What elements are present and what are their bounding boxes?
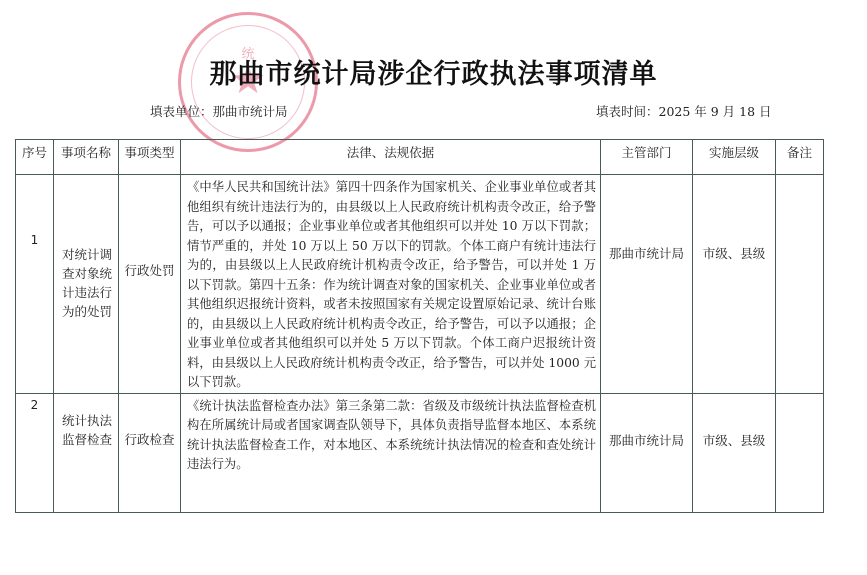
cell-note — [776, 393, 824, 512]
table-row: 2 统计执法监督检查 行政检查 《统计执法监督检查办法》第三条第二款：省级及市级… — [16, 393, 824, 512]
header-no: 序号 — [16, 140, 54, 175]
table-row: 1 对统计调查对象统计违法行为的处罚 行政处罚 《中华人民共和国统计法》第四十四… — [16, 175, 824, 394]
cell-department: 那曲市统计局 — [601, 393, 693, 512]
cell-item-name: 对统计调查对象统计违法行为的处罚 — [54, 175, 119, 394]
cell-legal-basis: 《中华人民共和国统计法》第四十四条作为国家机关、企业事业单位或者其他组织有统计违… — [181, 175, 601, 394]
header-item-name: 事项名称 — [54, 140, 119, 175]
header-legal-basis: 法律、法规依据 — [181, 140, 601, 175]
document-title: 那曲市统计局涉企行政执法事项清单 — [0, 52, 867, 91]
header-note: 备注 — [776, 140, 824, 175]
table-header-row: 序号 事项名称 事项类型 法律、法规依据 主管部门 实施层级 备注 — [16, 140, 824, 175]
enforcement-items-table: 序号 事项名称 事项类型 法律、法规依据 主管部门 实施层级 备注 1 对统计调… — [15, 139, 824, 513]
fill-unit: 填表单位：那曲市统计局 — [150, 102, 288, 120]
cell-department: 那曲市统计局 — [601, 175, 693, 394]
header-level: 实施层级 — [693, 140, 776, 175]
fill-time: 填表时间：2025 年 9 月 18 日 — [596, 102, 772, 120]
cell-no: 2 — [16, 393, 54, 512]
cell-item-type: 行政处罚 — [119, 175, 181, 394]
cell-note — [776, 175, 824, 394]
cell-level: 市级、县级 — [693, 175, 776, 394]
header-department: 主管部门 — [601, 140, 693, 175]
header-item-type: 事项类型 — [119, 140, 181, 175]
cell-item-name: 统计执法监督检查 — [54, 393, 119, 512]
cell-no: 1 — [16, 175, 54, 394]
cell-legal-basis: 《统计执法监督检查办法》第三条第二款：省级及市级统计执法监督检查机构在所属统计局… — [181, 393, 601, 512]
cell-level: 市级、县级 — [693, 393, 776, 512]
cell-item-type: 行政检查 — [119, 393, 181, 512]
